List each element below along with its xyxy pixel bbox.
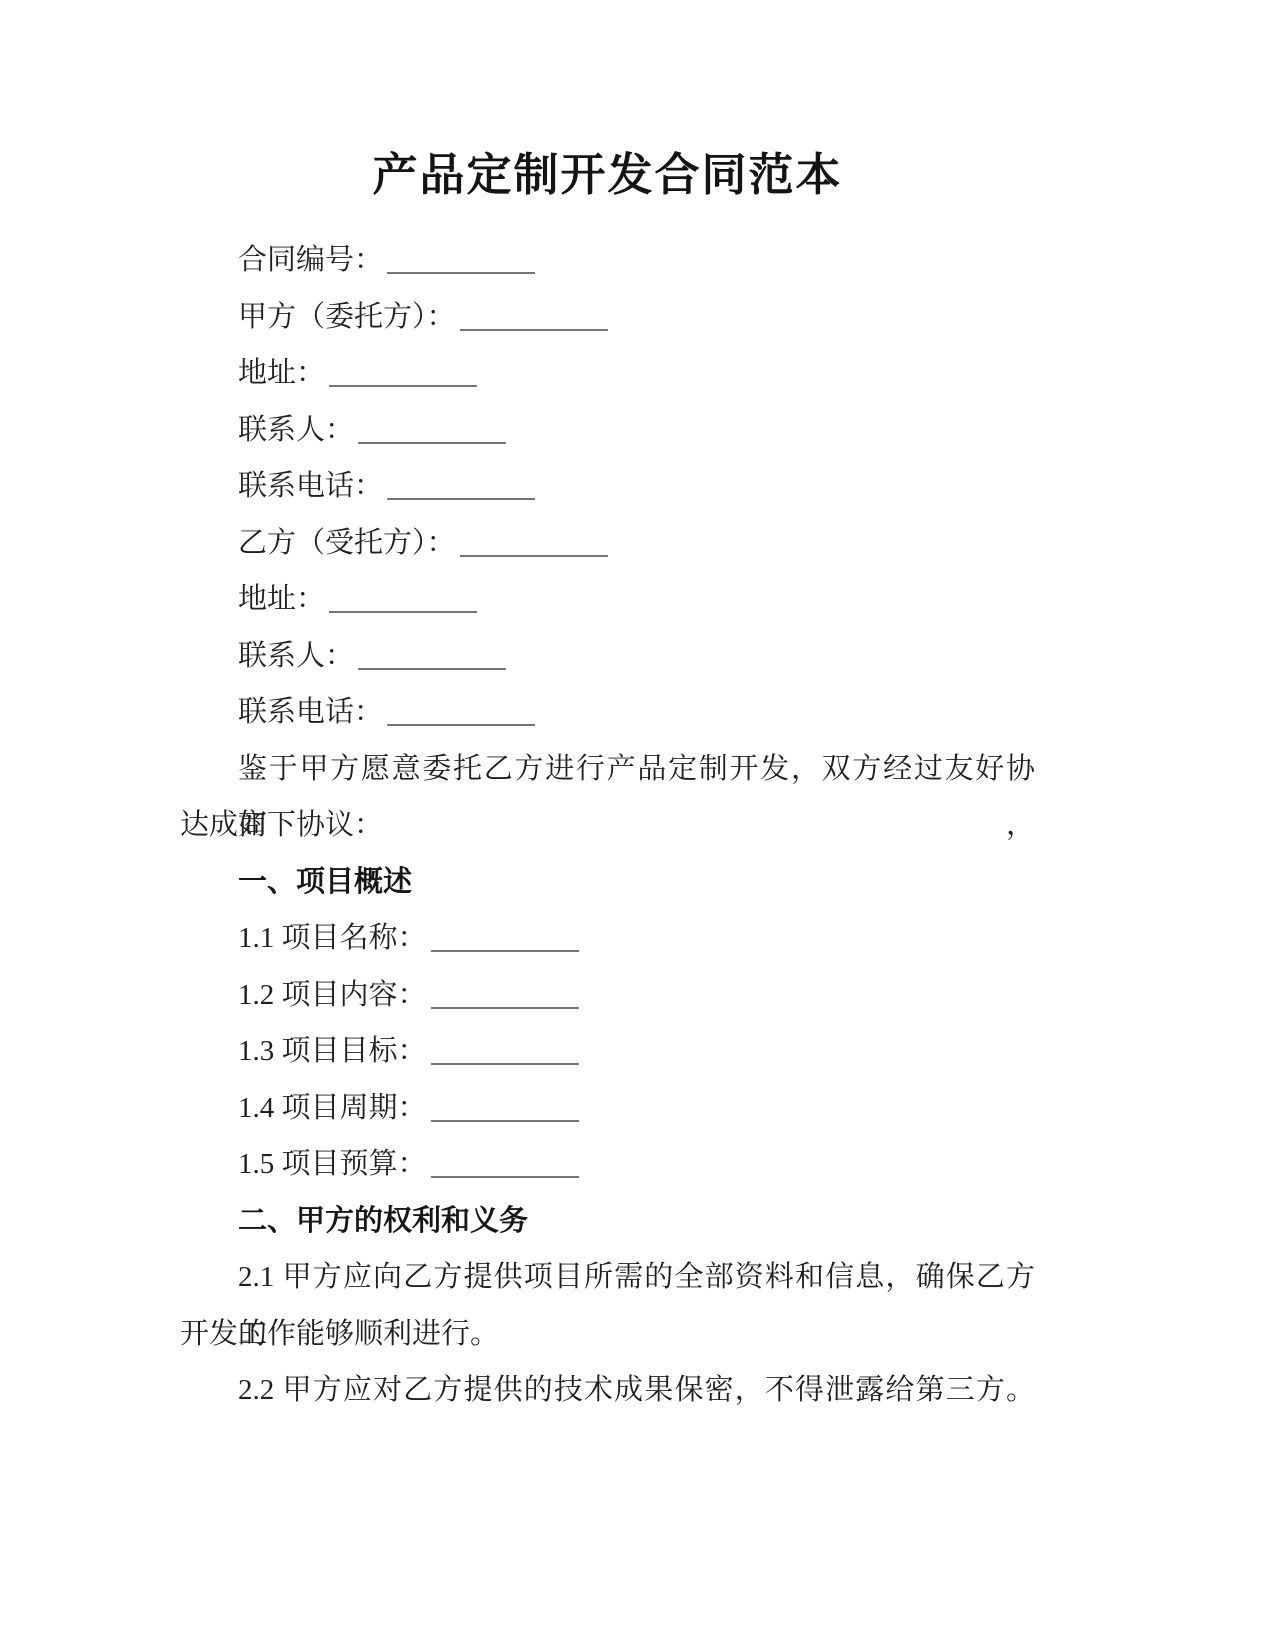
heading-text: 一、项目概述 [238,866,412,898]
field-label: 联系人： [238,640,354,672]
field-label: 1.5 项目预算： [238,1148,427,1180]
field-line: 1.4 项目周期： [180,1080,1035,1137]
blank-underline [431,1086,579,1122]
contract-body: 合同编号：甲方（委托方）：地址：联系人：联系电话：乙方（受托方）：地址：联系人：… [180,232,1035,1419]
paragraph-text: 开发工作能够顺利进行。 [180,1318,499,1350]
field-line: 联系电话： [180,684,1035,741]
field-line: 合同编号： [180,232,1035,289]
field-label: 甲方（委托方）： [238,301,456,333]
blank-underline [460,521,608,557]
blank-underline [387,464,535,500]
field-line: 地址： [180,345,1035,402]
field-line: 1.2 项目内容： [180,967,1035,1024]
field-label: 1.4 项目周期： [238,1092,427,1124]
blank-underline [431,973,579,1009]
blank-underline [387,690,535,726]
field-label: 1.3 项目目标： [238,1035,427,1067]
blank-underline [431,916,579,952]
section-heading: 二、甲方的权利和义务 [180,1193,1035,1250]
blank-underline [358,408,506,444]
field-line: 地址： [180,571,1035,628]
blank-underline [329,577,477,613]
document-title: 产品定制开发合同范本 [180,146,1035,204]
blank-underline [431,1142,579,1178]
field-line: 联系人： [180,402,1035,459]
blank-underline [358,634,506,670]
field-label: 联系电话： [238,696,383,728]
field-line: 1.3 项目目标： [180,1023,1035,1080]
paragraph-line: 2.2 甲方应对乙方提供的技术成果保密，不得泄露给第三方。 [180,1362,1035,1419]
contract-page: 产品定制开发合同范本 合同编号：甲方（委托方）：地址：联系人：联系电话：乙方（受… [0,0,1275,1650]
field-label: 地址： [238,583,325,615]
field-line: 乙方（受托方）： [180,515,1035,572]
blank-underline [460,295,608,331]
paragraph-line: 鉴于甲方愿意委托乙方进行产品定制开发，双方经过友好协商， [180,741,1035,798]
field-label: 合同编号： [238,244,383,276]
blank-underline [387,238,535,274]
field-line: 1.5 项目预算： [180,1136,1035,1193]
field-label: 1.2 项目内容： [238,979,427,1011]
field-label: 地址： [238,357,325,389]
field-label: 联系人： [238,414,354,446]
heading-text: 二、甲方的权利和义务 [238,1205,528,1237]
blank-underline [329,351,477,387]
field-label: 联系电话： [238,470,383,502]
paragraph-text: 达成如下协议： [180,809,383,841]
paragraph-text: 2.2 甲方应对乙方提供的技术成果保密，不得泄露给第三方。 [238,1362,1035,1419]
field-label: 乙方（受托方）： [238,527,456,559]
field-line: 甲方（委托方）： [180,289,1035,346]
section-heading: 一、项目概述 [180,854,1035,911]
field-line: 联系电话： [180,458,1035,515]
blank-underline [431,1029,579,1065]
field-label: 1.1 项目名称： [238,922,427,954]
field-line: 1.1 项目名称： [180,910,1035,967]
field-line: 联系人： [180,628,1035,685]
paragraph-line: 2.1 甲方应向乙方提供项目所需的全部资料和信息，确保乙方的 [180,1249,1035,1306]
